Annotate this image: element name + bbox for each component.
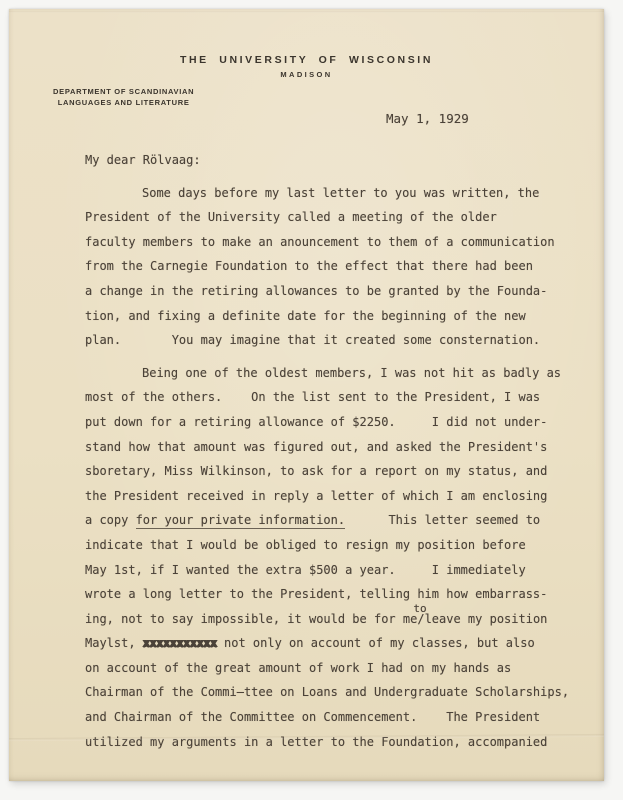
text-segment: wrote a long letter to the President, te… (85, 587, 547, 601)
letter-date: May 1, 1929 (386, 111, 604, 126)
inserted-word-above: to (413, 603, 426, 614)
scan-background: { "colors": { "background": "#f6f6f4", "… (0, 0, 623, 800)
inline-insertion: /to (417, 612, 424, 626)
letter-paragraph: Some days before my last letter to you w… (85, 181, 564, 353)
text-segment: a copy (85, 513, 136, 527)
text-segment: May 1st, if I wanted the extra $500 a ye… (85, 563, 526, 577)
text-segment: leave my position (425, 612, 548, 626)
letter-line: and Chairman of the Committee on Commenc… (85, 705, 564, 730)
underlined-text: for your private information. (136, 513, 346, 529)
letter-line: May 1st, if I wanted the extra $500 a ye… (85, 558, 564, 583)
text-segment: Chairman of the Commi̶ttee on Loans and … (85, 685, 569, 699)
text-segment: a change in the retiring allowances to b… (85, 284, 547, 298)
text-segment: put down for a retiring allowance of $22… (85, 415, 547, 429)
letterhead: THE UNIVERSITY OF WISCONSIN MADISON DEPA… (9, 54, 604, 108)
letter-line: My dear Rölvaag: (85, 148, 564, 173)
letter-paragraph: Being one of the oldest members, I was n… (85, 361, 564, 755)
letter-line: President of the University called a mee… (85, 205, 564, 230)
paper-crease-top (9, 11, 604, 13)
text-segment: on account of the great amount of work I… (85, 661, 511, 675)
letter-paragraph: My dear Rölvaag: (85, 148, 564, 173)
letterhead-department: DEPARTMENT OF SCANDINAVIAN LANGUAGES AND… (53, 86, 194, 108)
text-segment: ing, not to say impossible, it would be … (85, 612, 417, 626)
department-line-2: LANGUAGES AND LITERATURE (53, 97, 194, 108)
letter-line: stand how that amount was figured out, a… (85, 435, 564, 460)
text-segment: This letter seemed to (345, 513, 540, 527)
letter-line: a change in the retiring allowances to b… (85, 279, 564, 304)
text-segment: sboretary, Miss Wilkinson, to ask for a … (85, 464, 547, 478)
letter-line: indicate that I would be obliged to resi… (85, 533, 564, 558)
text-segment: faculty members to make an anouncement t… (85, 235, 555, 249)
text-segment: and Chairman of the Committee on Commenc… (85, 710, 540, 724)
letter-line: sboretary, Miss Wilkinson, to ask for a … (85, 459, 564, 484)
text-segment: indicate that I would be obliged to resi… (85, 538, 526, 552)
letter-line: ing, not to say impossible, it would be … (85, 607, 564, 632)
typed-over-strikeout: xxxxxxxxxxx (143, 636, 217, 650)
letter-line: on account of the great amount of work I… (85, 656, 564, 681)
text-segment: utilized my arguments in a letter to the… (85, 735, 547, 749)
text-segment: My dear Rölvaag: (85, 153, 201, 167)
text-segment: not only on account of my classes, but a… (217, 636, 535, 650)
letter-line: a copy for your private information. Thi… (85, 508, 564, 533)
letter-line: Maylst, xxxxxxxxxxx not only on account … (85, 631, 564, 656)
text-segment: Being one of the oldest members, I was n… (142, 366, 561, 380)
letter-line: Some days before my last letter to you w… (85, 181, 564, 206)
text-segment: President of the University called a mee… (85, 210, 497, 224)
letter-line: plan. You may imagine that it created so… (85, 328, 564, 353)
text-segment: from the Carnegie Foundation to the effe… (85, 259, 533, 273)
text-segment: Maylst, (85, 636, 143, 650)
letter-line: wrote a long letter to the President, te… (85, 582, 564, 607)
text-segment: stand how that amount was figured out, a… (85, 440, 547, 454)
letter-line: from the Carnegie Foundation to the effe… (85, 254, 564, 279)
letter-line: tion, and fixing a definite date for the… (85, 304, 564, 329)
letter-line: most of the others. On the list sent to … (85, 385, 564, 410)
letter-line: faculty members to make an anouncement t… (85, 230, 564, 255)
letter-body: My dear Rölvaag:Some days before my last… (85, 148, 564, 754)
letter-line: the President received in reply a letter… (85, 484, 564, 509)
letter-paper: THE UNIVERSITY OF WISCONSIN MADISON DEPA… (9, 9, 604, 781)
text-segment: most of the others. On the list sent to … (85, 390, 540, 404)
text-segment: Some days before my last letter to you w… (142, 186, 539, 200)
text-segment: the President received in reply a letter… (85, 489, 547, 503)
text-segment: plan. You may imagine that it created so… (85, 333, 540, 347)
letterhead-city: MADISON (9, 70, 604, 79)
letter-line: put down for a retiring allowance of $22… (85, 410, 564, 435)
letter-line: Chairman of the Commi̶ttee on Loans and … (85, 680, 564, 705)
letter-line: Being one of the oldest members, I was n… (85, 361, 564, 386)
department-line-1: DEPARTMENT OF SCANDINAVIAN (53, 86, 194, 97)
letter-line: utilized my arguments in a letter to the… (85, 730, 564, 755)
text-segment: tion, and fixing a definite date for the… (85, 309, 526, 323)
letterhead-university: THE UNIVERSITY OF WISCONSIN (9, 54, 604, 66)
